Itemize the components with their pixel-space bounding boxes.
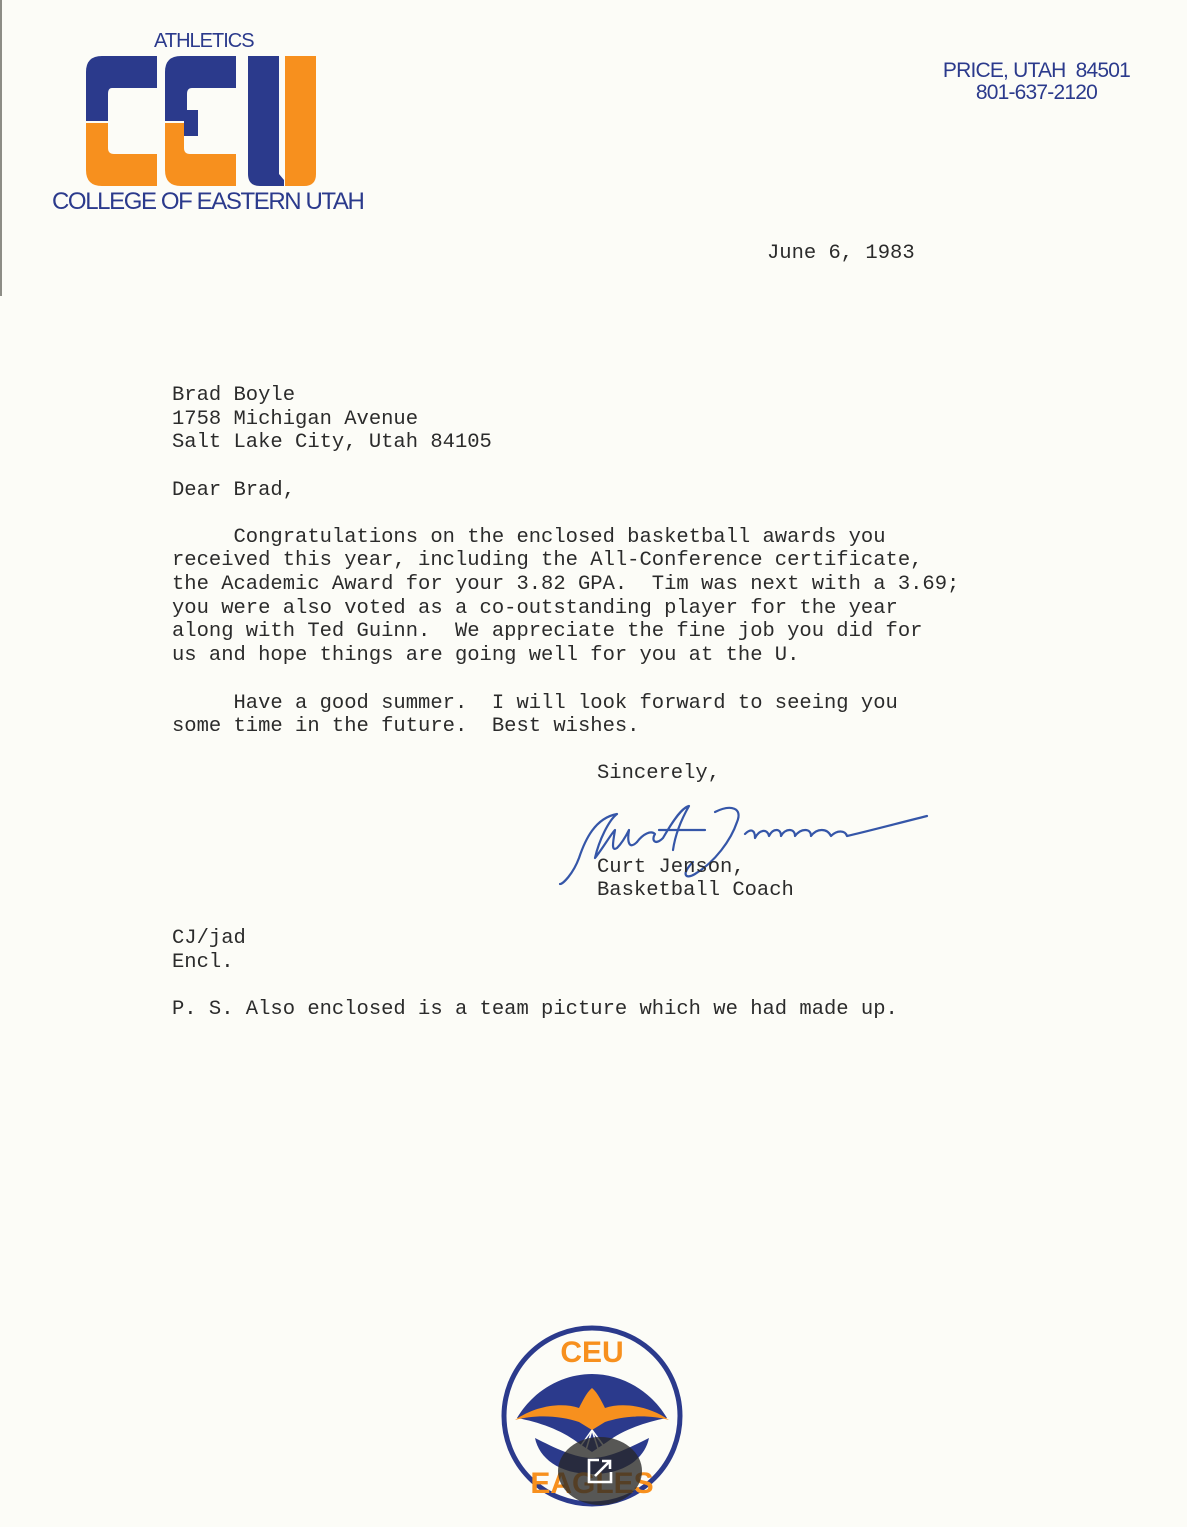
postscript: P. S. Also enclosed is a team picture wh… — [172, 998, 898, 1022]
recipient-name: Brad Boyle — [172, 384, 295, 408]
recipient-street: 1758 Michigan Avenue — [172, 408, 418, 432]
paragraph-line: received this year, including the All-Co… — [172, 549, 922, 573]
signer-title: Basketball Coach — [597, 879, 794, 903]
open-external-button[interactable] — [558, 1437, 642, 1505]
closing: Sincerely, — [597, 762, 720, 786]
svg-text:CEU: CEU — [560, 1336, 623, 1369]
salutation: Dear Brad, — [172, 479, 295, 503]
city-state-zip: PRICE, UTAH 84501 — [943, 59, 1130, 82]
letterhead-address: PRICE, UTAH 84501 801-637-2120 — [943, 60, 1130, 104]
paragraph-line: Congratulations on the enclosed basketba… — [172, 526, 886, 550]
reference-initials: CJ/jad — [172, 927, 246, 951]
open-external-icon — [585, 1456, 615, 1486]
paragraph-line: you were also voted as a co-outstanding … — [172, 597, 898, 621]
ceu-logo-icon — [0, 0, 330, 200]
paragraph-line: some time in the future. Best wishes. — [172, 715, 639, 739]
enclosure-note: Encl. — [172, 951, 234, 975]
paragraph-line: along with Ted Guinn. We appreciate the … — [172, 620, 922, 644]
paragraph-line: Have a good summer. I will look forward … — [172, 692, 898, 716]
letter-date: June 6, 1983 — [767, 242, 915, 266]
paragraph-line: the Academic Award for your 3.82 GPA. Ti… — [172, 573, 959, 597]
signer-name: Curt Jenson, — [597, 856, 745, 880]
institution-name: COLLEGE OF EASTERN UTAH — [52, 188, 363, 216]
paragraph-line: us and hope things are going well for yo… — [172, 644, 799, 668]
recipient-city: Salt Lake City, Utah 84105 — [172, 431, 492, 455]
phone-number: 801-637-2120 — [976, 81, 1097, 104]
